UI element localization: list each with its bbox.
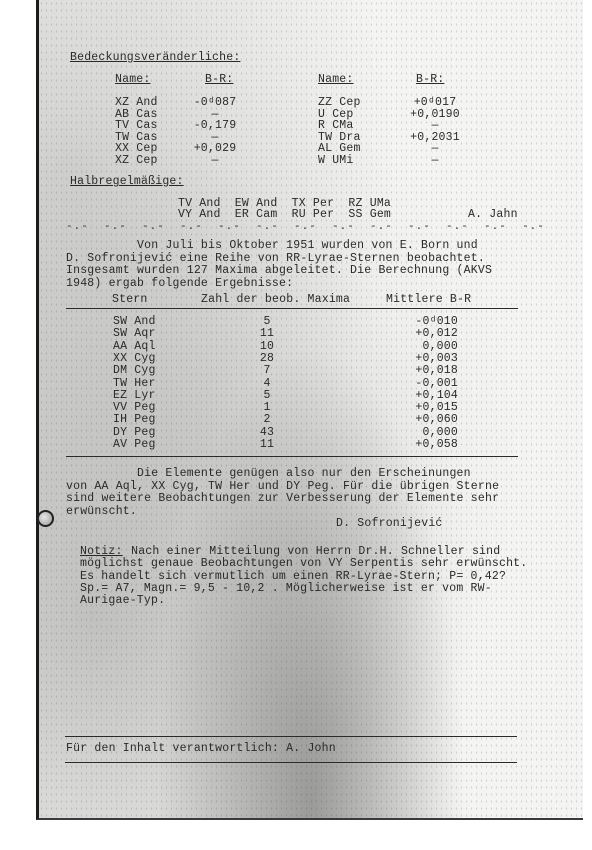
table-top-rule [66,308,518,309]
table-br: 0,000 [388,341,458,352]
table-br: +0,003 [388,353,458,364]
table-count: 11 [247,328,287,339]
footer-top-rule [65,736,517,737]
br-value: +0,2031 [400,132,470,143]
semiregular-line-2: VY And ER Cam RU Per SS Gem [178,209,391,220]
conclusion-line: erwünscht. [66,506,137,517]
note-line: Sp.= A7, Magn.= 9,5 - 10,2 . Möglicherwe… [80,583,492,594]
br-value: — [400,143,470,154]
note-line: Es handelt sich vermutlich um einen RR-L… [80,571,506,582]
table-count: 4 [247,378,287,389]
table-count: 43 [247,427,287,438]
table-count: 5 [247,390,287,401]
br-value: -0ᵈ087 [180,97,250,108]
note-line: Aurigae-Typ. [80,595,165,606]
table-star: SW Aqr [113,328,156,339]
table-br: +0,012 [388,328,458,339]
footer-bottom-rule [65,762,517,763]
star-name: ZZ Cep [318,97,361,108]
conclusion-line: Die Elemente genügen also nur den Ersche… [66,468,471,479]
table-star: AV Peg [113,439,156,450]
note-line: Nach einer Mitteilung von Herrn Dr.H. Sc… [124,546,500,557]
table-br: -0ᵈ010 [388,316,458,327]
section-heading-semiregular: Halbregelmäßige: [70,176,184,187]
star-name: XX Cep [115,143,158,154]
table-count: 2 [247,414,287,425]
left-name-header: Name: [115,74,151,85]
br-value: — [180,109,250,120]
table-star: TW Her [113,378,156,389]
footer-text: Für den Inhalt verantwortlich: A. John [66,743,336,754]
table-br: +0,015 [388,402,458,413]
paragraph-line: D. Sofronijević eine Reihe von RR-Lyrae-… [66,253,485,264]
br-value: — [180,132,250,143]
conclusion-line: sind weitere Beobachtungen zur Verbesser… [66,493,499,504]
semiregular-author: A. Jahn [468,209,518,220]
star-name: TW Cas [115,132,158,143]
table-star: IH Peg [113,414,156,425]
table-star: DY Peg [113,427,156,438]
right-br-header: B-R: [416,74,444,85]
star-name: AL Gem [318,143,361,154]
table-br: +0,058 [388,439,458,450]
table-header-count: Zahl der beob. Maxima [201,294,350,305]
table-count: 7 [247,365,287,376]
br-value: — [400,120,470,131]
table-br: -0,001 [388,378,458,389]
table-br: 0,000 [388,427,458,438]
br-value: +0,029 [180,143,250,154]
table-header-star: Stern [112,294,148,305]
table-star: SW And [113,316,156,327]
br-value: — [400,155,470,166]
br-value: — [180,155,250,166]
br-value: +0ᵈ017 [400,97,470,108]
table-star: XX Cyg [113,353,156,364]
note-label: Notiz: [80,546,123,557]
table-br: +0,060 [388,414,458,425]
star-name: XZ And [115,97,158,108]
br-value: -0,179 [180,120,250,131]
punch-hole [37,510,54,527]
conclusion-line: von AA Aql, XX Cyg, TW Her und DY Peg. F… [66,481,499,492]
signature: D. Sofronijević [336,518,443,529]
right-name-header: Name: [318,74,354,85]
paragraph-line: Insgesamt wurden 127 Maxima abgeleitet. … [66,265,492,276]
left-br-header: B-R: [205,74,233,85]
table-star: VV Peg [113,402,156,413]
star-name: W UMi [318,155,354,166]
section-heading-eclipsing: Bedeckungsveränderliche: [70,52,240,63]
star-name: U Cep [318,109,354,120]
star-name: XZ Cep [115,155,158,166]
star-name: TV Cas [115,120,158,131]
paragraph-line: Von Juli bis Oktober 1951 wurden von E. … [66,240,478,251]
dash-separator: -.- -.- -.- -.- -.- -.- -.- -.- -.- -.- … [66,221,545,233]
table-star: EZ Lyr [113,390,156,401]
table-count: 10 [247,341,287,352]
table-star: DM Cyg [113,365,156,376]
star-name: AB Cas [115,109,158,120]
table-count: 28 [247,353,287,364]
table-count: 11 [247,439,287,450]
star-name: TW Dra [318,132,361,143]
table-star: AA Aql [113,341,156,352]
table-count: 5 [247,316,287,327]
table-bottom-rule [66,456,518,457]
table-br: +0,018 [388,365,458,376]
table-count: 1 [247,402,287,413]
note-line: möglichst genaue Beobachtungen von VY Se… [80,558,527,569]
paragraph-line: 1948) ergab folgende Ergebnisse: [66,278,293,289]
table-br: +0,104 [388,390,458,401]
table-header-br: Mittlere B-R [386,294,471,305]
br-value: +0,0190 [400,109,470,120]
star-name: R CMa [318,120,354,131]
